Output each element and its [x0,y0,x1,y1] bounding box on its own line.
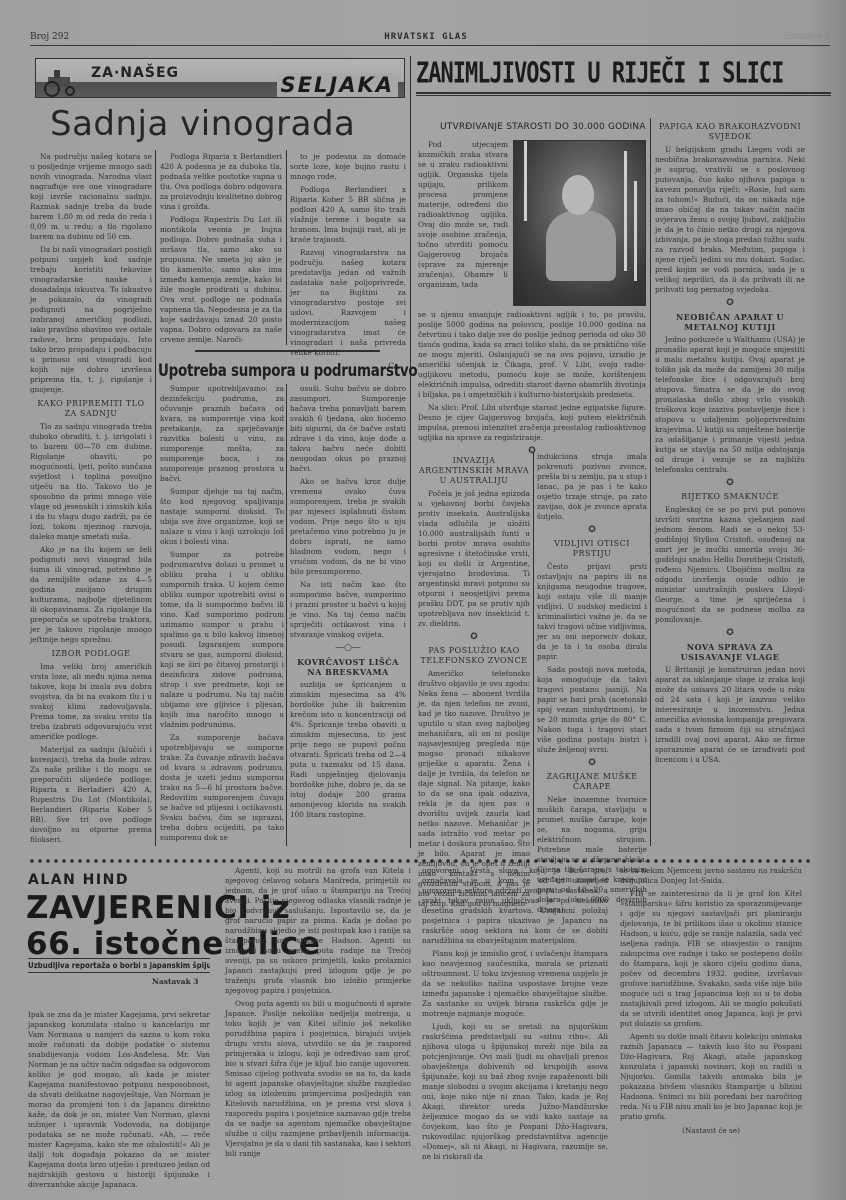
paragraph: Počela je još jedna epizoda u vjekovnoj … [418,489,530,629]
paragraph: Engleskoj će se po prvi put ponovo izvrš… [655,505,805,625]
serial-episode: Nastavak 3 [152,977,199,986]
section-rule [416,92,831,96]
paragraph: Za sumporenje bačava upotrebljavaju se s… [160,733,284,843]
serial-column-3: ugovoreni. Vrsta slova, koju je biro gro… [422,866,608,1165]
subheading: KAKO PRIPREMITI TLO ZA SADNJU [30,399,152,419]
zanim-column-left: INVAZIJA ARGENTINSKIH MRAVA U AUSTRALIJU… [418,452,530,912]
paragraph: Ipak se zna da je mister Kagejama, prvi … [28,1010,210,1190]
paragraph: Ako je na tlu kojem se želi podignuti no… [30,545,152,645]
paragraph: Podloga Berlandieri x Riparia Kober 5 BB… [290,185,406,245]
paragraph: Sumpor upotrebljavamo: za dezinfekciju p… [160,384,284,484]
star-ornament-icon: ✪ [655,478,805,488]
paragraph: Ovog puta agenti su bili u mogućnosti d … [225,999,411,1159]
paragraph: ugovoreni. Vrsta slova, koju je biro gro… [422,866,608,946]
paragraph: Sada postoji nova metoda, koja omogućuje… [537,665,647,755]
column-divider [286,150,287,345]
paragraph: Tlo za sadnju vinograda treba duboko obr… [30,422,152,542]
paragraph: Podloga Rupestris Du Lot ili montikola v… [160,215,282,345]
subheading: PAS POSLUŽIO KAO TELEFONSKO ZVONCE [418,646,530,666]
paragraph: Da bi naši vinogradari postigli potpuni … [30,245,152,395]
paragraph: Ima veliki broj američkih vrsta loze, al… [30,662,152,742]
sadnja-column-2: Podloga Riparia x Berlandieri 420 A pode… [160,152,282,348]
paragraph: Sumpor djeluje na taj način, što kod nje… [160,487,284,547]
serial-author: ALAN HIND [28,872,129,888]
dotted-separator [28,858,810,864]
paragraph: indukciona struja imala pokrenuti pozivn… [537,452,647,522]
paragraph: Sumpor za potrebe podrumarstva dolazi u … [160,550,284,730]
serial-column-4: se sa nekim Njemcem javno sastanu na ras… [620,866,802,1136]
star-ornament-icon: ✪ [537,525,647,535]
subheading: NOVA SPRAVA ZA USISAVANJE VLAGE [655,642,805,662]
subheading: VIDLJIVI OTISCI PRSTIJU [537,539,647,559]
paragraph: Planu koji je izmislio grof, i uvlačenju… [422,949,608,1019]
paragraph: Jedno poduzeće u Walthamu (USA) je prona… [655,335,805,475]
sadnja-column-1: Na području našeg kotara se u posljednje… [30,152,152,848]
star-ornament-icon: ✪ [418,632,530,642]
paragraph: Na području našeg kotara se u posljednje… [30,152,152,242]
column-divider [286,384,287,846]
page-edge-shadow [808,0,846,1200]
paragraph: U belgijskom gradu Liegeu vodi se neobič… [655,145,805,295]
serial-column-2: Agenti, koji su motrili na grofa van Kit… [225,866,411,1162]
sumpor-column-1: Sumpor upotrebljavamo: za dezinfekciju p… [160,384,284,846]
star-ornament-icon: ✪ [655,628,805,638]
photo-prof-libi [513,140,646,306]
paragraph: osuši. Suhu bačvu se dobro zasumpori. Su… [290,384,406,474]
subheading: RIJETKO SMAKNUĆE [655,492,805,502]
subheading: NEOBIČAN APARAT U METALNOJ KUTIJI [655,312,805,332]
paragraph: se u njemu smanjuje radioaktivni ugljik … [418,310,646,400]
paragraph: Ako se bačva kroz dulje vremena ovako ču… [290,477,406,577]
star-ornament-icon: ✪ [655,298,805,308]
sadnja-column-3: to je podesna za domaće sorte loze, koje… [290,152,406,371]
ornament-divider: —○— [290,643,406,653]
subheading: INVAZIJA ARGENTINSKIH MRAVA U AUSTRALIJU [418,456,530,486]
tractor-icon [40,67,82,97]
star-ornament-icon: ✪ [537,758,647,768]
article-title-sadnja: Sadnja vinograda [50,104,355,144]
section-banner-farmer: ZA·NAŠEG SELJAKA [35,58,405,98]
subheading: IZBOR PODLOGE [30,649,152,659]
issue-number: Broj 292 [30,32,69,42]
paragraph: Pod utjecajem kozmičkih zraka stvara se … [418,140,508,290]
serial-subtitle: Uzbudljiva reportaža o borbi s japanskim… [28,958,210,973]
paragraph: U Britaniji je konstruiran jedan novi ap… [655,665,805,765]
column-divider [155,150,156,846]
paragraph: FIB se zainteresirao da li je grof fon K… [620,889,802,1029]
banner-seljaka: SELJAKA [277,73,398,97]
zanim-column-middle: indukciona struja imala pokrenuti pozivn… [537,452,647,918]
banner-za-naseg: ZA·NAŠEG [91,65,179,81]
column-divider [650,118,651,846]
subheading: PAPIGA KAO BRAKORAZVODNI SVJEDOK [655,122,805,142]
article-separator [195,350,380,352]
paragraph: to je podesna za domaće sorte loze, koje… [290,152,406,182]
paragraph: Često prijavi prsti ostavljaju na papiru… [537,562,647,662]
paragraph: Ljudi, koji su se sretali na njujorškim … [422,1022,608,1162]
serial-column-1: Ipak se zna da je mister Kagejama, prvi … [28,1010,210,1193]
zanim-column-right: PAPIGA KAO BRAKORAZVODNI SVJEDOK U belgi… [655,122,805,768]
paragraph: se sa nekim Njemcem javno sastanu na ras… [620,866,802,886]
paper-name: HRVATSKI GLAS [384,32,467,42]
paragraph: Na isti način kao što sumporimo bačve, s… [290,580,406,640]
paragraph: Razvoj vinogradarstva na području našeg … [290,248,406,358]
paragraph: Materijal za sadnju (klučići i korenjaci… [30,745,152,845]
photo-caption: Na slici: Prof. Libi utvrđuje starost je… [418,403,646,443]
subheading: ZAGRIJANE MUŠKE ČARAPE [537,772,647,792]
column-divider [533,452,534,846]
to-be-continued: (Nastavit će se) [620,1126,802,1136]
paragraph: Agenti, koji su motrili na grofa van Kit… [225,866,411,996]
paragraph: Agenti su dotle imali čitavu kolekciju s… [620,1032,802,1122]
article-title-utvrdivanje: UTVRĐIVANJE STAROSTI DO 30.000 GODINA [440,122,646,132]
paragraph: suzbija se špricanjem u zimskim mjesecim… [290,680,406,820]
utvrdivanje-narrow-column: Pod utjecajem kozmičkih zraka stvara se … [418,140,508,293]
subheading: KOVRČAVOST LIŠĆA NA BRESKVAMA [290,657,406,677]
column-divider-main [410,56,411,848]
masthead: Broj 292 HRVATSKI GLAS Stranica 5 [30,26,830,46]
utvrdivanje-wide-column: se u njemu smanjuje radioaktivni ugljik … [418,310,646,458]
article-title-sumpor: Upotreba sumpora u podrumarstvo [158,361,417,381]
sumpor-column-2: osuši. Suhu bačvu se dobro zasumpori. Su… [290,384,406,823]
paragraph: Podloga Riparia x Berlandieri 420 A pode… [160,152,282,212]
newspaper-page: Broj 292 HRVATSKI GLAS Stranica 5 ZA·NAŠ… [0,0,846,1200]
